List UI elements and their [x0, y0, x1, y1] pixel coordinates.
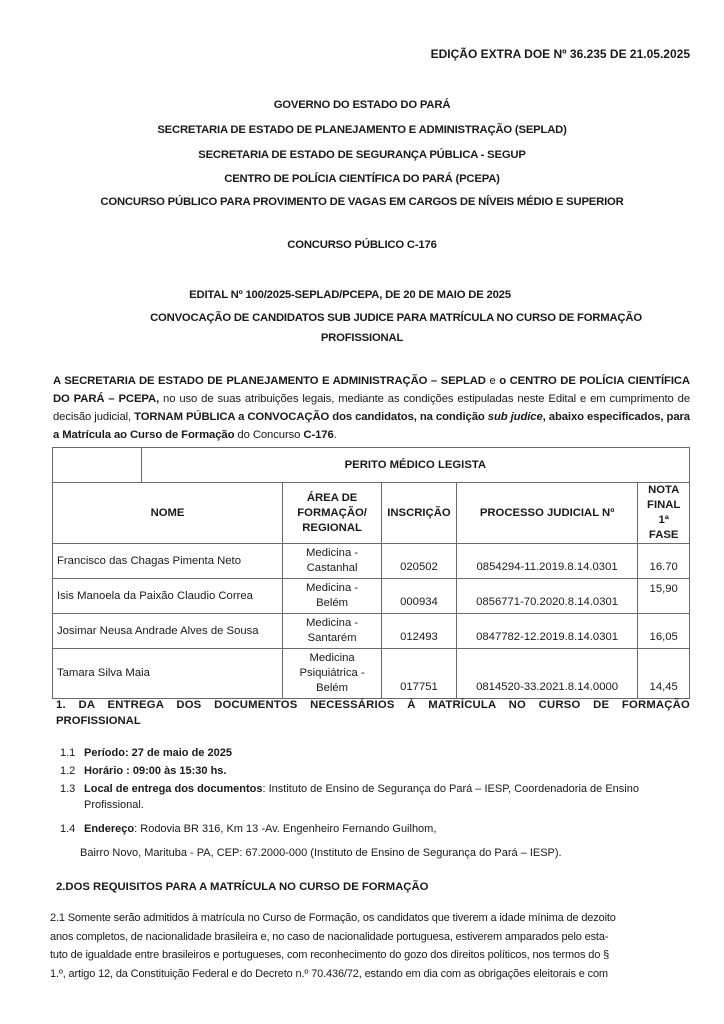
cell-name: Francisco das Chagas Pimenta Neto — [53, 544, 283, 579]
document-page: EDIÇÃO EXTRA DOE Nº 36.235 DE 21.05.2025… — [0, 0, 724, 1024]
contest-title: CONCURSO PÚBLICO C-176 — [0, 239, 724, 251]
header-government: GOVERNO DO ESTADO DO PARÁ — [0, 99, 724, 111]
item-label: Horário : 09:00 às 15:30 hs. — [84, 765, 226, 777]
cell-name: Isis Manoela da Paixão Claudio Correa — [53, 579, 283, 614]
cell-inscricao: 017751 — [382, 649, 457, 699]
item-number: 1.4 — [60, 821, 84, 837]
edict-subject: CONVOCAÇÃO DE CANDIDATOS SUB JUDICE PARA… — [34, 312, 724, 324]
empty-cell — [53, 448, 142, 483]
cell-inscricao: 012493 — [382, 614, 457, 649]
table-row: Isis Manoela da Paixão Claudio Correa Me… — [53, 579, 690, 614]
cell-processo: 0854294-11.2019.8.14.0301 — [456, 544, 638, 579]
table-row: Tamara Silva Maia MedicinaPsiquiátrica -… — [53, 649, 690, 699]
edict-subject-cont: PROFISSIONAL — [0, 332, 724, 344]
intro-text-1: e — [486, 375, 499, 387]
intro-italic: sub judice — [488, 411, 543, 423]
cell-nota: 15,90 — [638, 579, 690, 614]
cell-area-line: Belém — [287, 596, 377, 611]
header-nota-line: FINAL — [642, 498, 685, 513]
cell-area: Medicina -Santarém — [283, 614, 382, 649]
header-nome: NOME — [53, 483, 283, 544]
cell-area-line: Castanhal — [287, 561, 377, 576]
cell-name: Josimar Neusa Andrade Alves de Sousa — [53, 614, 283, 649]
item-1-3-cont: Profissional. — [84, 797, 144, 813]
header-pcepa: CENTRO DE POLÍCIA CIENTÍFICA DO PARÁ (PC… — [0, 173, 724, 185]
paragraph-line: tuto de igualdade entre brasileiros e po… — [50, 946, 690, 965]
header-segup: SECRETARIA DE ESTADO DE SEGURANÇA PÚBLIC… — [0, 149, 724, 161]
cell-area: MedicinaPsiquiátrica -Belém — [283, 649, 382, 699]
header-processo: PROCESSO JUDICIAL Nº — [456, 483, 638, 544]
table-title: PERITO MÉDICO LEGISTA — [141, 448, 689, 483]
item-text: : Instituto de Ensino de Segurança do Pa… — [262, 783, 639, 795]
cell-area: Medicina -Belém — [283, 579, 382, 614]
item-label: Local de entrega dos documentos — [84, 783, 262, 795]
cell-inscricao: 000934 — [382, 579, 457, 614]
item-label: Período: 27 de maio de 2025 — [84, 747, 232, 759]
section1-title-cont: PROFISSIONAL — [56, 715, 141, 727]
item-1-3: 1.3Local de entrega dos documentos: Inst… — [60, 781, 639, 797]
header-nota: NOTA FINAL 1ª FASE — [638, 483, 690, 544]
cell-processo: 0814520-33.2021.8.14.0000 — [456, 649, 638, 699]
header-nota-line: NOTA — [642, 483, 685, 498]
item-1-4: 1.4Endereço: Rodovia BR 316, Km 13 -Av. … — [60, 821, 436, 837]
table-row: Francisco das Chagas Pimenta Neto Medici… — [53, 544, 690, 579]
item-number: 1.2 — [60, 763, 84, 779]
intro-bold-3: TORNAM PÚBLICA a CONVOCAÇÃO dos candidat… — [134, 411, 488, 423]
cell-area-line: Medicina - — [287, 616, 377, 631]
header-seplad: SECRETARIA DE ESTADO DE PLANEJAMENTO E A… — [0, 124, 724, 136]
paragraph-line: 1.º, artigo 12, da Constituição Federal … — [50, 965, 690, 984]
item-1-1: 1.1Período: 27 de maio de 2025 — [60, 745, 232, 761]
cell-processo: 0856771-70.2020.8.14.0301 — [456, 579, 638, 614]
table-header-row: NOME ÁREA DE FORMAÇÃO/ REGIONAL INSCRIÇÃ… — [53, 483, 690, 544]
intro-bold-1: A SECRETARIA DE ESTADO DE PLANEJAMENTO E… — [53, 375, 486, 387]
header-area: ÁREA DE FORMAÇÃO/ REGIONAL — [283, 483, 382, 544]
cell-processo: 0847782-12.2019.8.14.0301 — [456, 614, 638, 649]
cell-inscricao: 020502 — [382, 544, 457, 579]
cell-nota: 16.70 — [638, 544, 690, 579]
header-contest-purpose: CONCURSO PÚBLICO PARA PROVIMENTO DE VAGA… — [0, 196, 724, 208]
header-area-line: ÁREA DE — [287, 491, 377, 506]
section2-paragraph: 2.1 Somente serão admitidos à matrícula … — [50, 909, 690, 983]
header-inscricao: INSCRIÇÃO — [382, 483, 457, 544]
item-number: 1.1 — [60, 745, 84, 761]
cell-area-line: Medicina - — [287, 581, 377, 596]
candidates-table: PERITO MÉDICO LEGISTA NOME ÁREA DE FORMA… — [52, 447, 690, 699]
intro-text-4: . — [334, 429, 337, 441]
header-area-line: FORMAÇÃO/ — [287, 506, 377, 521]
cell-area-line: Medicina - — [287, 546, 377, 561]
header-nota-line: 1ª FASE — [642, 513, 685, 543]
paragraph-line: anos completos, de nacionalidade brasile… — [50, 928, 690, 947]
cell-area-line: Santarém — [287, 631, 377, 646]
cell-nota: 16,05 — [638, 614, 690, 649]
intro-paragraph: A SECRETARIA DE ESTADO DE PLANEJAMENTO E… — [53, 372, 690, 444]
cell-area: Medicina -Castanhal — [283, 544, 382, 579]
item-text: : Rodovia BR 316, Km 13 -Av. Engenheiro … — [134, 823, 436, 835]
header-area-line: REGIONAL — [287, 521, 377, 536]
item-1-4-cont: Bairro Novo, Marituba - PA, CEP: 67.2000… — [80, 845, 562, 861]
item-number: 1.3 — [60, 781, 84, 797]
cell-area-line: Belém — [287, 681, 377, 696]
edition-label: EDIÇÃO EXTRA DOE Nº 36.235 DE 21.05.2025 — [431, 47, 690, 61]
cell-area-line: Psiquiátrica - — [287, 666, 377, 681]
cell-area-line: Medicina — [287, 651, 377, 666]
cell-nota: 14,45 — [638, 649, 690, 699]
paragraph-line: 2.1 Somente serão admitidos à matrícula … — [50, 909, 690, 928]
cell-name: Tamara Silva Maia — [53, 649, 283, 699]
table-title-row: PERITO MÉDICO LEGISTA — [53, 448, 690, 483]
item-label: Endereço — [84, 823, 134, 835]
edict-title: EDITAL Nº 100/2025-SEPLAD/PCEPA, DE 20 D… — [0, 289, 712, 301]
section1-title: 1. DA ENTREGA DOS DOCUMENTOS NECESSÁRIOS… — [56, 699, 690, 711]
item-1-2: 1.2Horário : 09:00 às 15:30 hs. — [60, 763, 226, 779]
table-row: Josimar Neusa Andrade Alves de Sousa Med… — [53, 614, 690, 649]
section2-title: 2.DOS REQUISITOS PARA A MATRÍCULA NO CUR… — [56, 881, 428, 893]
intro-bold-5: C-176 — [303, 429, 333, 441]
intro-text-3: do Concurso — [234, 429, 303, 441]
